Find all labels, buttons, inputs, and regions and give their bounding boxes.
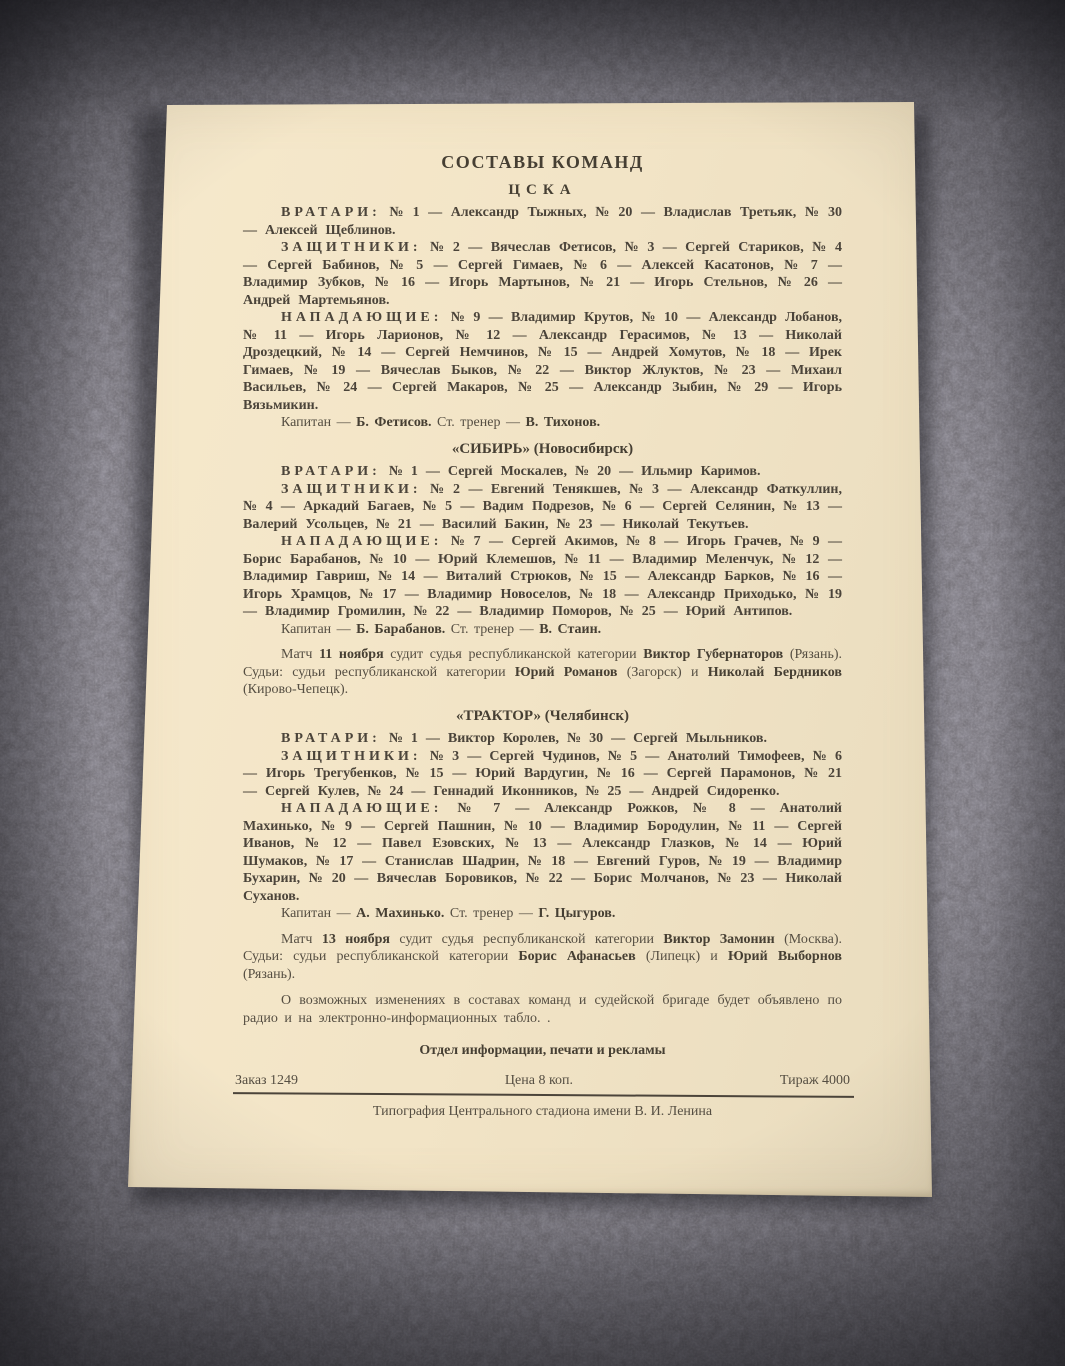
page-title: СОСТАВЫ КОМАНД [243,154,842,172]
team-header-sibir: «СИБИРЬ» (Новосибирск) [243,441,842,459]
ref-text: судит судья республиканской категории [390,932,663,947]
page-content: СОСТАВЫ КОМАНД ЦСКА ВРАТАРИ: № 1 — Алекс… [243,154,842,1121]
forwards-names: № 9 — Владимир Крутов, № 10 — Александр … [243,310,842,413]
cska-goalkeepers-paragraph: ВРАТАРИ: № 1 — Александр Тыжных, № 20 — … [243,204,842,239]
coach-label: Ст. тренер — [451,622,539,637]
order-number: Заказ 1249 [235,1072,298,1090]
captain-label: Капитан — [281,622,356,637]
sibir-captain-line: Капитан — Б. Барабанов. Ст. тренер — В. … [243,621,842,639]
captain-name: А. Махинько. [356,906,450,921]
changes-notice-paragraph: О возможных изменениях в составах команд… [243,992,842,1027]
forwards-names: № 7 — Александр Рожков, № 8 — Анатолий М… [243,801,842,904]
defenders-label: ЗАЩИТНИКИ: [281,749,422,764]
traktor-forwards-paragraph: НАПАДАЮЩИЕ: № 7 — Александр Рожков, № 8 … [243,800,842,905]
match-1-referees-paragraph: Матч 11 ноября судит судья республиканск… [243,646,842,699]
ref-text: Матч [281,647,319,662]
coach-name: В. Тихонов. [525,415,600,430]
coach-name: В. Стаин. [539,622,601,637]
imprint-row: Заказ 1249 Цена 8 коп. Тираж 4000 [235,1072,850,1090]
goalkeepers-names: № 1 — Сергей Москалев, № 20 — Ильмир Кар… [389,464,761,479]
referee-name: Виктор Замонин [663,932,774,947]
team-header-cska: ЦСКА [243,182,842,200]
referee-name: Виктор Губернаторов [643,647,783,662]
ref-text: Матч [281,932,322,947]
print-run: Тираж 4000 [780,1072,850,1090]
price: Цена 8 коп. [505,1072,573,1090]
captain-label: Капитан — [281,906,356,921]
forwards-label: НАПАДАЮЩИЕ: [281,310,442,325]
forwards-label: НАПАДАЮЩИЕ: [281,801,442,816]
imprint-rule [233,1092,854,1098]
ref-text: судит судья республиканской категории [384,647,644,662]
ref-text: (Рязань). [243,967,295,982]
program-page: СОСТАВЫ КОМАНД ЦСКА ВРАТАРИ: № 1 — Алекс… [128,98,934,1199]
defenders-label: ЗАЩИТНИКИ: [281,240,422,255]
imprint-footer: Отдел информации, печати и рекламы Заказ… [243,1042,842,1121]
sibir-forwards-paragraph: НАПАДАЮЩИЕ: № 7 — Сергей Акимов, № 8 — И… [243,533,842,621]
ref-text: (Кирово-Чепецк). [243,682,348,697]
traktor-defenders-paragraph: ЗАЩИТНИКИ: № 3 — Сергей Чудинов, № 5 — А… [243,748,842,801]
sibir-defenders-paragraph: ЗАЩИТНИКИ: № 2 — Евгений Тенякшев, № 3 —… [243,481,842,534]
goalkeepers-names: № 1 — Виктор Королев, № 30 — Сергей Мыль… [389,731,767,746]
cska-captain-line: Капитан — Б. Фетисов. Ст. тренер — В. Ти… [243,414,842,432]
linesman-name: Юрий Романов [515,665,618,680]
traktor-goalkeepers-paragraph: ВРАТАРИ: № 1 — Виктор Королев, № 30 — Се… [243,730,842,748]
department-line: Отдел информации, печати и рекламы [243,1042,842,1060]
ref-text: (Загорск) и [617,665,707,680]
match-2-referees-paragraph: Матч 13 ноября судит судья республиканск… [243,931,842,984]
goalkeepers-label: ВРАТАРИ: [281,731,381,746]
coach-label: Ст. тренер — [437,415,525,430]
team-header-traktor: «ТРАКТОР» (Челябинск) [243,708,842,726]
linesman-name: Николай Бердников [708,665,842,680]
defenders-label: ЗАЩИТНИКИ: [281,482,422,497]
linesman-name: Борис Афанасьев [518,949,635,964]
coach-label: Ст. тренер — [450,906,538,921]
goalkeepers-label: ВРАТАРИ: [281,464,381,479]
captain-name: Б. Барабанов. [356,622,451,637]
traktor-captain-line: Капитан — А. Махинько. Ст. тренер — Г. Ц… [243,905,842,923]
match-date: 11 ноября [319,647,384,662]
coach-name: Г. Цыгуров. [538,906,615,921]
sibir-goalkeepers-paragraph: ВРАТАРИ: № 1 — Сергей Москалев, № 20 — И… [243,463,842,481]
goalkeepers-label: ВРАТАРИ: [281,205,381,220]
cska-defenders-paragraph: ЗАЩИТНИКИ: № 2 — Вячеслав Фетисов, № 3 —… [243,239,842,309]
match-date: 13 ноября [322,932,390,947]
forwards-label: НАПАДАЮЩИЕ: [281,534,442,549]
cska-forwards-paragraph: НАПАДАЮЩИЕ: № 9 — Владимир Крутов, № 10 … [243,309,842,414]
captain-name: Б. Фетисов. [356,415,437,430]
captain-label: Капитан — [281,415,356,430]
printer-line: Типография Центрального стадиона имени В… [243,1103,842,1121]
linesman-name: Юрий Выборнов [728,949,842,964]
ref-text: (Липецк) и [636,949,728,964]
